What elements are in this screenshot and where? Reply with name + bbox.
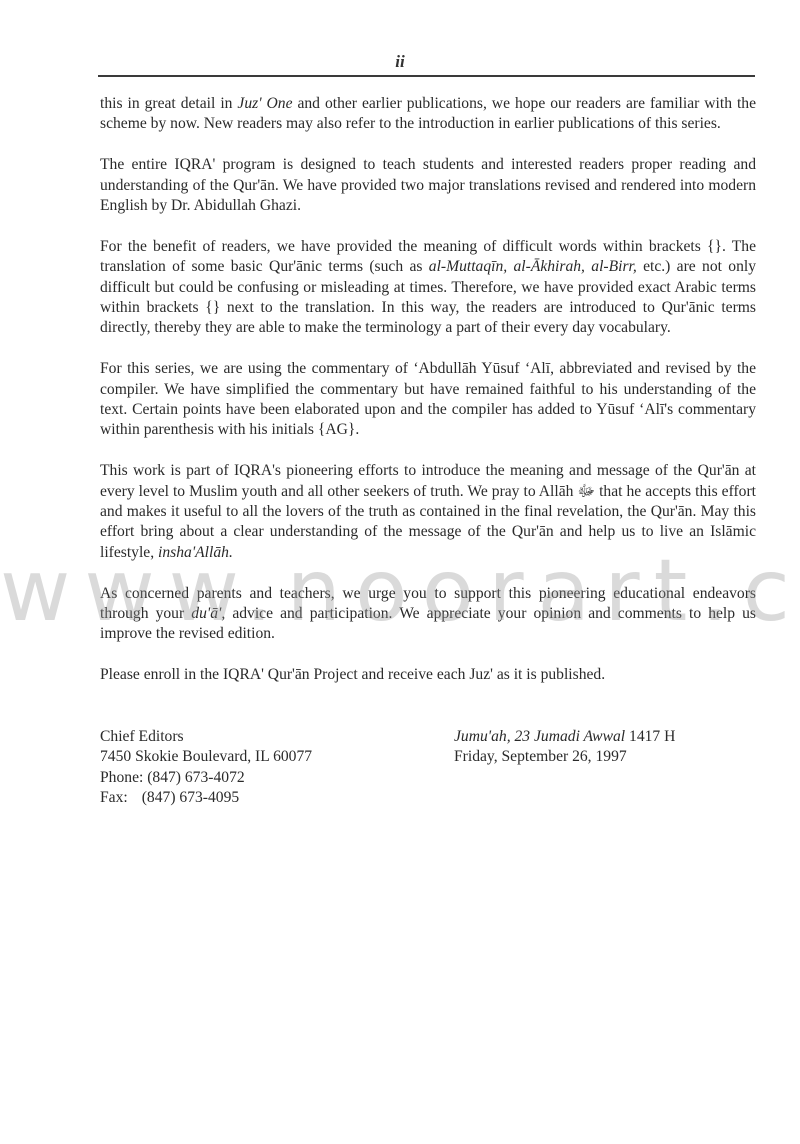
- paragraph: this in great detail in Juz' One and oth…: [100, 94, 756, 135]
- hijri-date-text: Jumu'ah, 23 Jumadi Awwal: [454, 728, 625, 745]
- paragraph: For the benefit of readers, we have prov…: [100, 237, 756, 339]
- editor-phone: Phone: (847) 673-4072: [100, 768, 420, 788]
- gregorian-date: Friday, September 26, 1997: [454, 747, 774, 767]
- fax-label: Fax:: [100, 789, 128, 806]
- hijri-year: 1417 H: [625, 728, 675, 745]
- editor-title: Chief Editors: [100, 727, 420, 747]
- fax-number: (847) 673-4095: [142, 788, 239, 808]
- paragraph: This work is part of IQRA's pioneering e…: [100, 461, 756, 563]
- editor-fax: Fax:(847) 673-4095: [100, 788, 420, 808]
- date-block: Jumu'ah, 23 Jumadi Awwal 1417 H Friday, …: [454, 727, 774, 768]
- paragraph: The entire IQRA' program is designed to …: [100, 155, 756, 216]
- hijri-date: Jumu'ah, 23 Jumadi Awwal 1417 H: [454, 727, 774, 747]
- editor-contact: Chief Editors 7450 Skokie Boulevard, IL …: [100, 727, 420, 809]
- editor-address: 7450 Skokie Boulevard, IL 60077: [100, 747, 420, 767]
- paragraph: Please enroll in the IQRA' Qur'ān Projec…: [100, 665, 756, 685]
- paragraph: As concerned parents and teachers, we ur…: [100, 584, 756, 645]
- header-rule: [98, 75, 755, 77]
- page-number: ii: [0, 52, 800, 72]
- body-text: this in great detail in Juz' One and oth…: [100, 94, 756, 706]
- paragraph: For this series, we are using the commen…: [100, 359, 756, 441]
